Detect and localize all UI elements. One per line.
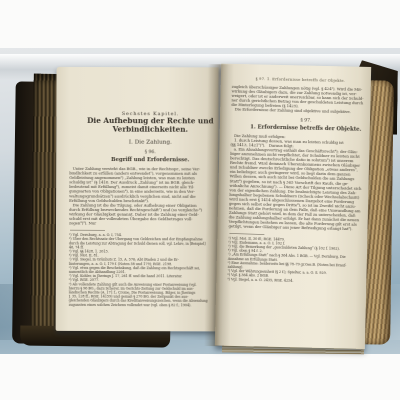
footnote-rule	[229, 233, 264, 234]
open-book: Sechstes Kapitel. Die Aufhebung der Rech…	[6, 55, 396, 358]
left-page-text: Sechstes Kapitel. Die Aufhebung der Rech…	[56, 67, 219, 308]
left-footnotes: ¹) Vgl. Dernburg, a. a. O. I, 754.²) Übe…	[69, 233, 219, 307]
left-body-text: Unter Zahlung versteht das BGB., wie in …	[69, 166, 219, 226]
footnote-line: durch die Leistung zur Abtragung der Sch…	[69, 241, 219, 246]
footnote-rule	[70, 230, 105, 231]
paragraph-mark: § 96.	[69, 149, 218, 155]
running-head: § 97. 1. Erfordernisse betreffs der Obje…	[232, 76, 371, 84]
paragraph-subheading: Begriff und Erfordernisse.	[69, 156, 218, 163]
section-subheading: 1. Erfordernisse betreffs der Objekte.	[231, 123, 371, 132]
right-body-text-2: Die Zahlung muß erfolgen: 1. durch Leist…	[228, 133, 371, 232]
text-line: zogen⁸)⁹). Nur	[69, 221, 219, 226]
chapter-title-line1: Die Aufhebung der Rechte und	[69, 116, 218, 125]
page-number: 297	[369, 79, 371, 84]
right-body-text: zugleich überschüssiger Zahlungen nötig …	[231, 84, 371, 115]
running-head-title: § 97. 1. Erfordernisse betreffs der Obje…	[232, 76, 369, 84]
right-page-text: § 97. 1. Erfordernisse betreffs der Obje…	[216, 64, 371, 291]
gutter-shadow	[204, 64, 234, 346]
left-page: Sechstes Kapitel. Die Aufhebung der Rech…	[56, 67, 219, 332]
footnote-line: zugunsten eines solchen Zeichens vollend…	[69, 303, 219, 308]
photo-of-open-book: Sechstes Kapitel. Die Aufhebung der Rech…	[0, 0, 400, 400]
right-footnotes: ¹) Vgl. Mot. II, 30 ff.; RGE. 14479.²) V…	[227, 236, 371, 285]
chapter-title-line2: Verbindlichkeiten.	[69, 125, 218, 134]
section-label: I. Die Zahlung.	[69, 138, 218, 146]
right-page: § 97. 1. Erfordernisse betreffs der Obje…	[215, 64, 371, 349]
